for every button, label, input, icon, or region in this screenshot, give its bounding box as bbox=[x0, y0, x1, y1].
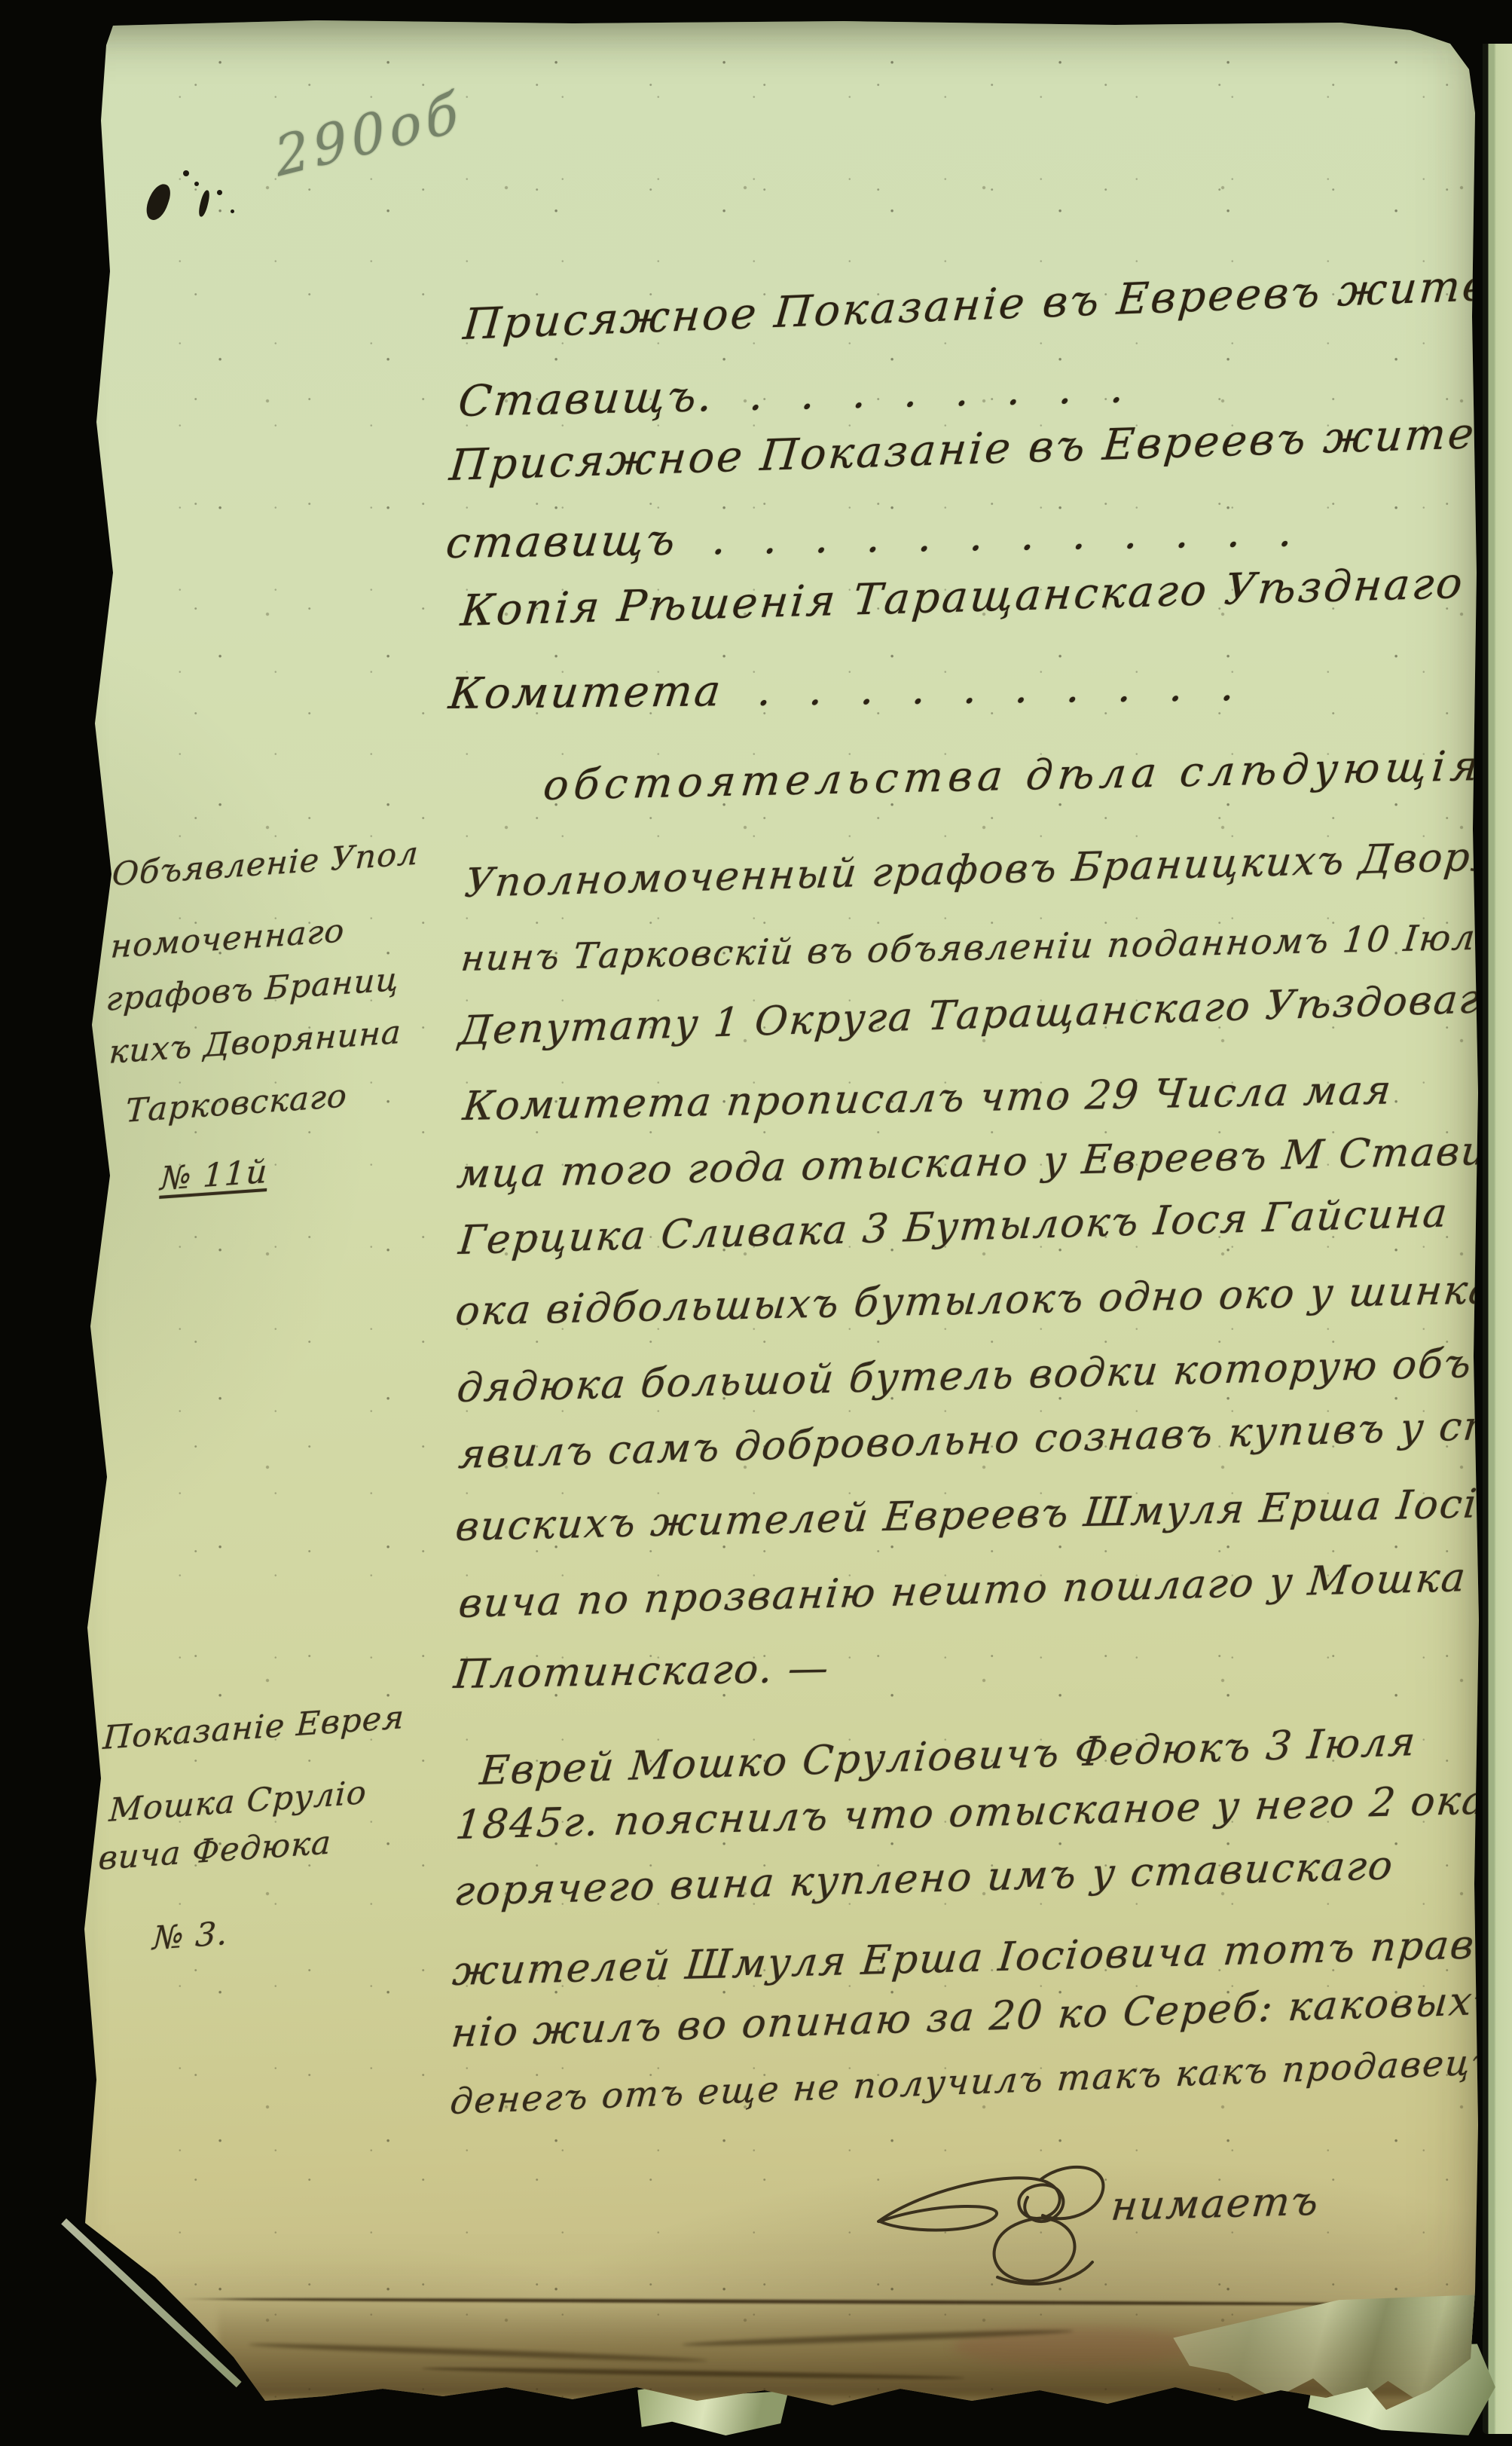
paper-crease bbox=[177, 2297, 1450, 2306]
body-line: Комитета прописалъ что 29 Числа мая bbox=[461, 1068, 1395, 1130]
margin-note-line: кихъ Дворянина bbox=[108, 1014, 402, 1072]
body-line: 1845г. пояснилъ что отысканое у него 2 о… bbox=[454, 1778, 1489, 1848]
body-line: горячего вина куплено имъ у ставискаго bbox=[452, 1842, 1396, 1915]
margin-note-line: графовъ Браниц bbox=[105, 961, 400, 1019]
ink-spatter-dot bbox=[194, 182, 199, 186]
body-line: ока відбольшыхъ бутылокъ одно око у шинк… bbox=[454, 1267, 1497, 1335]
signature-flourish-icon bbox=[872, 2149, 1151, 2310]
body-line: дядюка большой бутель водки которую объ bbox=[455, 1341, 1474, 1411]
body-line: вискихъ жителей Евреевъ Шмуля Ерша Іосіо bbox=[454, 1481, 1506, 1550]
paper-crease bbox=[422, 2366, 964, 2381]
manuscript-page: 290об Присяжное Показаніе въ Евреевъ жит… bbox=[0, 0, 1512, 2446]
ink-blot bbox=[143, 181, 173, 223]
paper-crease bbox=[249, 2341, 708, 2363]
body-line: ніо жилъ во опинаю за 20 ко Сереб: каков… bbox=[449, 1977, 1503, 2056]
bottom-stain-band bbox=[218, 2303, 1416, 2396]
adjacent-page-edge bbox=[1483, 44, 1512, 2434]
continuation-word: нимаетъ bbox=[1109, 2178, 1321, 2230]
ink-spatter-dot bbox=[217, 190, 222, 195]
margin-note-number: № 11й bbox=[159, 1153, 268, 1198]
heading-line: Комитета . . . . . . . . . . bbox=[447, 661, 1240, 719]
margin-note-line: Показаніе Еврея bbox=[102, 1698, 405, 1757]
body-line: явилъ самъ добровольно сознавъ купивъ у … bbox=[457, 1402, 1512, 1477]
heading-line: Присяжное Показаніе въ Евреевъ жителей М… bbox=[447, 403, 1512, 490]
ink-spatter-dot bbox=[183, 170, 189, 176]
margin-note-line: Объявленіе Упол bbox=[111, 835, 420, 894]
body-line: жителей Шмуля Ерша Іосіовича тотъ права bbox=[451, 1922, 1503, 1995]
heading-line: Копія Рѣшенія Таращанскаго Уѣзднаго bbox=[459, 558, 1467, 636]
body-line: Еврей Мошко Сруліовичъ Федюкъ 3 Іюля bbox=[478, 1719, 1419, 1794]
body-line: мца того года отыскано у Евреевъ М Стави… bbox=[455, 1127, 1512, 1197]
ink-spatter-dot bbox=[231, 209, 234, 213]
body-line: нинъ Тарковскій въ объявленіи поданномъ … bbox=[459, 914, 1512, 980]
margin-note-line: Мошка Сруліо bbox=[108, 1774, 368, 1830]
section-heading: обстоятельства дѣла слѣдующія bbox=[541, 741, 1486, 809]
margin-note-number: № 3. bbox=[151, 1915, 229, 1958]
body-line: Уполномоченный графовъ Браницкихъ Дворя bbox=[463, 833, 1501, 907]
manuscript-scan: { "page": { "archival_number": "290об" }… bbox=[0, 0, 1512, 2446]
rust-smear bbox=[953, 2327, 1202, 2366]
margin-note-line: вича Федюка bbox=[97, 1824, 332, 1878]
body-line: Плотинскаго. — bbox=[452, 1645, 832, 1698]
archival-page-number: 290об bbox=[271, 79, 466, 188]
margin-note-line: Тарковскаго bbox=[124, 1078, 348, 1130]
body-line: денегъ отъ еще не получилъ такъ какъ про… bbox=[448, 2038, 1512, 2123]
heading-line: Ставищъ. . . . . . . . . bbox=[456, 362, 1129, 427]
margin-note-line: номоченнаго bbox=[109, 912, 345, 965]
heading-line: ставищъ . . . . . . . . . . . . bbox=[444, 506, 1298, 568]
body-line: Герцика Сливака 3 Бутылокъ Іося Гайсина bbox=[457, 1190, 1450, 1264]
paper-crease bbox=[682, 2328, 1074, 2348]
body-line: вича по прозванію нешто пошлаго у Мошка bbox=[457, 1555, 1469, 1627]
body-line: Депутату 1 Округа Таращанскаго Уѣздоваго bbox=[457, 975, 1508, 1053]
ink-blot bbox=[197, 189, 211, 217]
heading-line: Присяжное Показаніе въ Евреевъ жителей М… bbox=[461, 254, 1512, 349]
